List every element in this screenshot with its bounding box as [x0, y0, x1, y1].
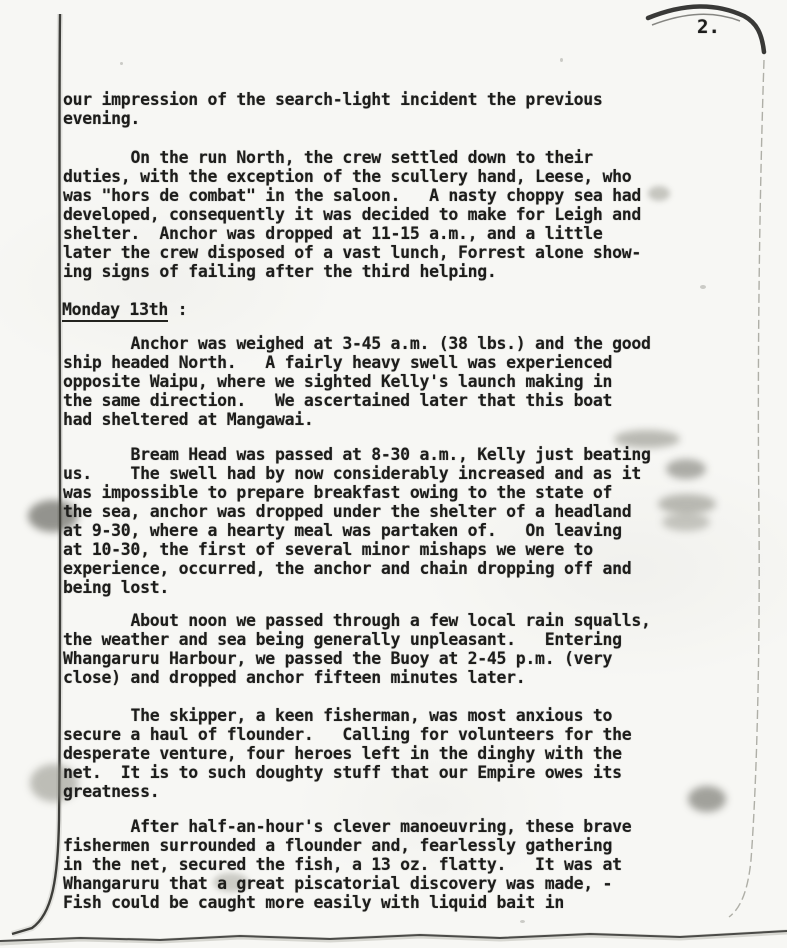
corner-fold-mark: [652, 14, 740, 25]
bottom-edge-line: [0, 931, 787, 941]
scan-speck: [520, 920, 525, 923]
page-number: 2.: [697, 16, 720, 38]
paragraph-run-north: On the run North, the crew settled down …: [63, 148, 753, 281]
paragraph-bream-head: Bream Head was passed at 8-30 a.m., Kell…: [63, 445, 753, 597]
section-heading-monday-13th: Monday 13th :: [62, 300, 187, 319]
paragraph-skipper-flounder: The skipper, a keen fisherman, was most …: [63, 706, 753, 801]
scan-speck: [560, 58, 563, 62]
paragraph-rain-squalls: About noon we passed through a few local…: [63, 611, 753, 687]
heading-date: Monday 13th: [62, 300, 168, 322]
heading-colon: :: [168, 300, 187, 319]
paragraph-anchor-weighed: Anchor was weighed at 3-45 a.m. (38 lbs.…: [63, 334, 753, 429]
scanned-typewritten-page: 2. our impression of the search-light in…: [0, 0, 787, 948]
scan-speck: [700, 285, 706, 289]
scan-speck: [120, 62, 123, 65]
bottom-edge-line: [0, 932, 787, 943]
paragraph-manoeuvring: After half-an-hour's clever manoeuvring,…: [63, 817, 753, 912]
paragraph-searchlight: our impression of the search-light incid…: [63, 90, 753, 128]
